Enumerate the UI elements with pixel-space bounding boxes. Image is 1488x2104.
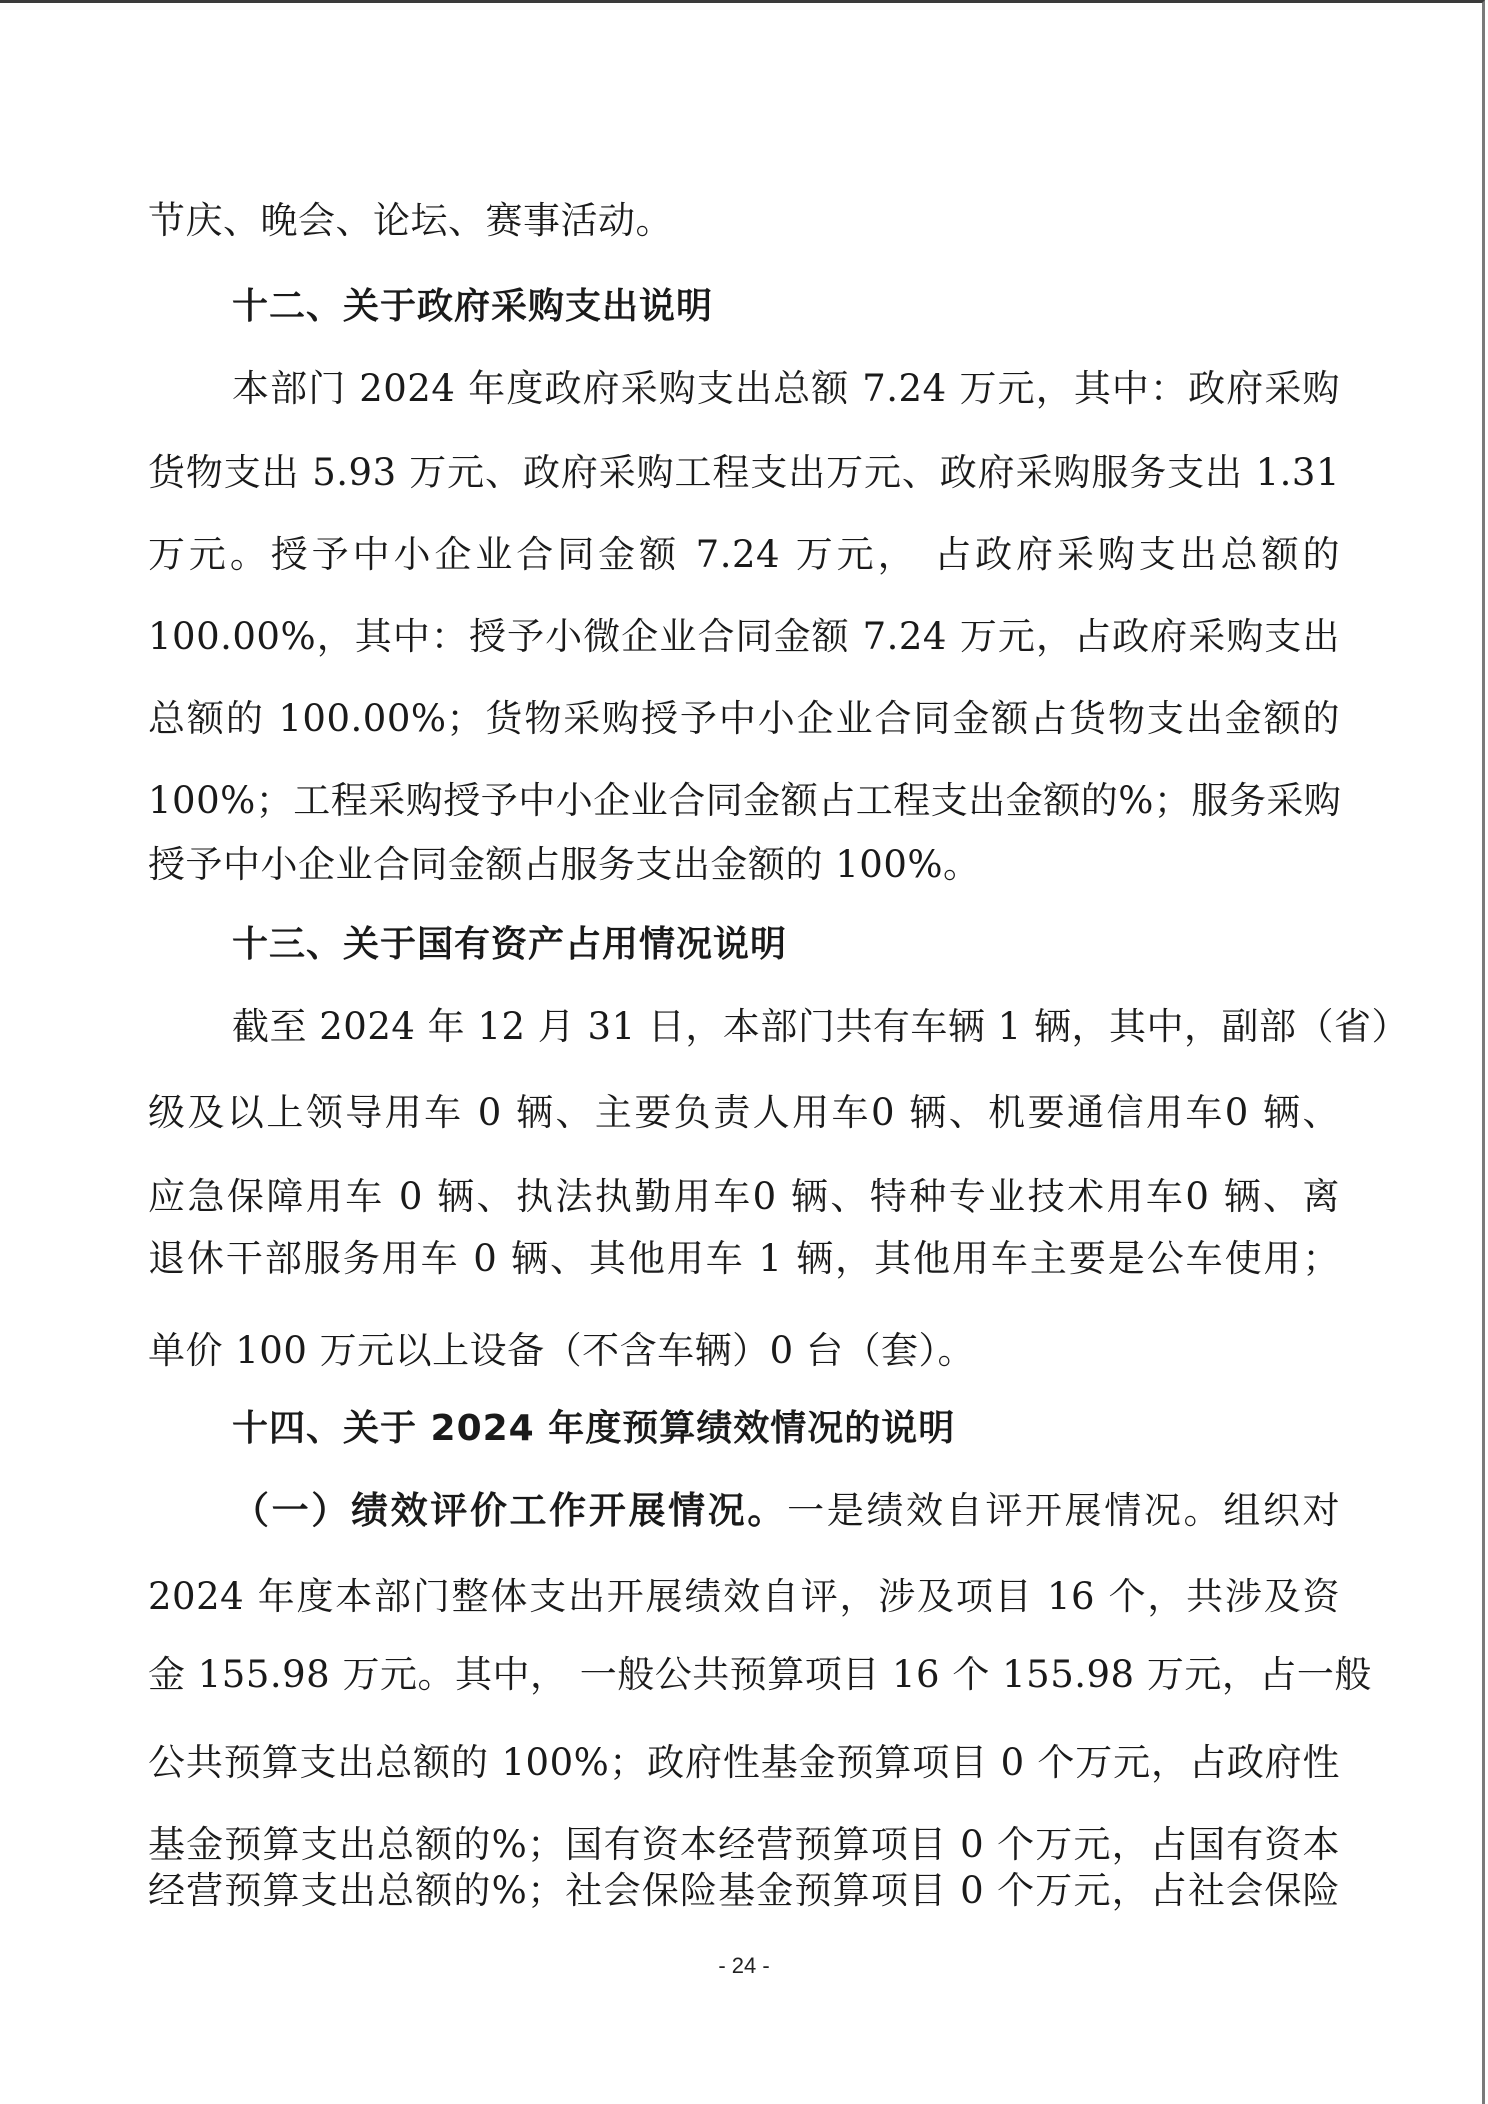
section-heading-state-assets: 十三、关于国有资产占用情况说明 (232, 923, 1340, 967)
paragraph-line: 本部门 2024 年度政府采购支出总额 7.24 万元，其中：政府采购 (232, 367, 1340, 411)
paragraph-line: 2024 年度本部门整体支出开展绩效自评，涉及项目 16 个，共涉及资 (148, 1575, 1340, 1619)
paragraph-line: 级及以上领导用车 0 辆、主要负责人用车0 辆、机要通信用车0 辆、 (148, 1091, 1340, 1135)
paragraph-text: 一是绩效自评开展情况。组织对 (787, 1489, 1340, 1532)
paragraph-line: 节庆、晚会、论坛、赛事活动。 (148, 199, 1340, 243)
section-heading-procurement: 十二、关于政府采购支出说明 (232, 285, 1340, 329)
paragraph-line: 授予中小企业合同金额占服务支出金额的 100%。 (148, 843, 1340, 887)
paragraph-line: 退休干部服务用车 0 辆、其他用车 1 辆，其他用车主要是公车使用； (148, 1237, 1340, 1281)
document-page: 节庆、晚会、论坛、赛事活动。 十二、关于政府采购支出说明 本部门 2024 年度… (0, 0, 1485, 2104)
paragraph-line: 金 155.98 万元。其中， 一般公共预算项目 16 个 155.98 万元，… (148, 1653, 1340, 1697)
subsection-lead: （一）绩效评价工作开展情况。 (232, 1489, 787, 1532)
paragraph-line: 基金预算支出总额的%；国有资本经营预算项目 0 个万元，占国有资本 (148, 1823, 1340, 1867)
section-heading-performance: 十四、关于 2024 年度预算绩效情况的说明 (232, 1407, 1340, 1451)
paragraph-line: 截至 2024 年 12 月 31 日，本部门共有车辆 1 辆，其中，副部（省） (232, 1005, 1340, 1049)
paragraph-line: 单价 100 万元以上设备（不含车辆）0 台（套）。 (148, 1329, 1340, 1373)
paragraph-line: 货物支出 5.93 万元、政府采购工程支出万元、政府采购服务支出 1.31 (148, 451, 1340, 495)
paragraph-line: 公共预算支出总额的 100%；政府性基金预算项目 0 个万元，占政府性 (148, 1741, 1340, 1785)
paragraph-line-with-lead: （一）绩效评价工作开展情况。一是绩效自评开展情况。组织对 (232, 1489, 1340, 1533)
paragraph-line: 应急保障用车 0 辆、执法执勤用车0 辆、特种专业技术用车0 辆、离 (148, 1175, 1340, 1219)
paragraph-line: 100.00%，其中：授予小微企业合同金额 7.24 万元，占政府采购支出 (148, 615, 1340, 659)
paragraph-line: 总额的 100.00%；货物采购授予中小企业合同金额占货物支出金额的 (148, 697, 1340, 741)
paragraph-line: 100%；工程采购授予中小企业合同金额占工程支出金额的%；服务采购 (148, 779, 1340, 823)
paragraph-line: 经营预算支出总额的%；社会保险基金预算项目 0 个万元，占社会保险 (148, 1869, 1340, 1913)
paragraph-line: 万元。授予中小企业合同金额 7.24 万元， 占政府采购支出总额的 (148, 533, 1340, 577)
page-number: - 24 - (0, 1953, 1488, 1979)
